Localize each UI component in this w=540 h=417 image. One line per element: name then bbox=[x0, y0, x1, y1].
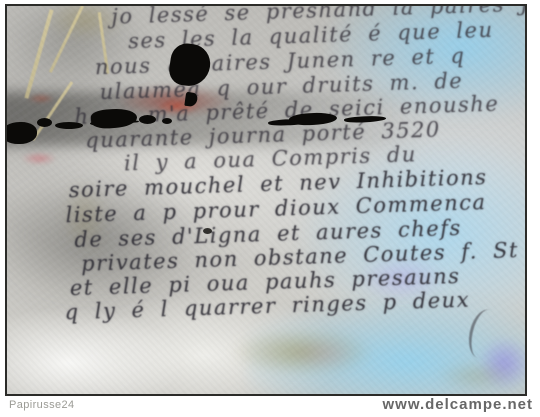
manuscript-photo: jo lessé se preshand la paires Ju ses le… bbox=[5, 4, 527, 396]
seller-watermark: Papirusse24 bbox=[9, 399, 75, 411]
pen-flourish bbox=[463, 306, 505, 362]
ink-blot bbox=[37, 118, 52, 127]
ink-blot bbox=[139, 115, 156, 124]
ink-blot bbox=[5, 122, 37, 144]
ink-speck bbox=[203, 228, 212, 234]
delcampe-watermark: www.delcampe.net bbox=[383, 396, 533, 413]
ink-blot-streak bbox=[55, 122, 83, 129]
handwritten-text-block: jo lessé se preshand la paires Ju ses le… bbox=[7, 4, 527, 394]
page: jo lessé se preshand la paires Ju ses le… bbox=[0, 0, 540, 417]
ink-blot bbox=[162, 118, 172, 124]
